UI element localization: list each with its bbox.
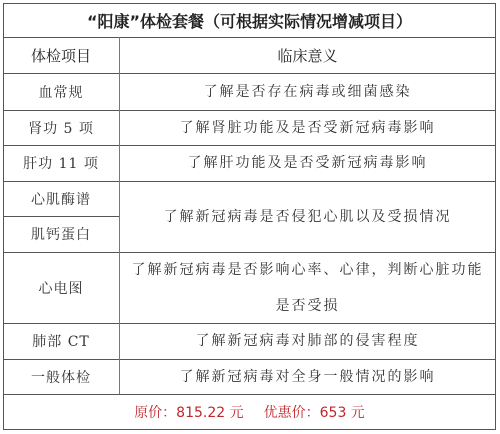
table-row-item: 肺部 CT (3, 323, 119, 359)
table-row-meaning: 了解是否存在病毒或细菌感染 (119, 73, 496, 110)
table-row-meaning: 了解肾脏功能及是否受新冠病毒影响 (119, 110, 496, 145)
original-price: 原价：815.22 元 (134, 402, 243, 422)
header-item: 体检项目 (3, 37, 119, 73)
table-row-meaning: 了解肝功能及是否受新冠病毒影响 (119, 145, 496, 181)
table-row-meaning: 了解新冠病毒对肺部的侵害程度 (119, 323, 496, 359)
table-row-meaning: 了解新冠病毒是否影响心率、心律，判断心脏功能是否受损 (119, 252, 496, 323)
table-row-item: 肾功 5 项 (3, 110, 119, 145)
table-row-meaning: 了解新冠病毒对全身一般情况的影响 (119, 359, 496, 394)
table-row-item: 心电图 (3, 252, 119, 323)
price-row: 原价：815.22 元 优惠价：653 元 (3, 394, 496, 430)
header-meaning: 临床意义 (119, 37, 496, 73)
table-title: “阳康”体检套餐（可根据实际情况增减项目） (3, 3, 496, 37)
table-row-item: 肝功 11 项 (3, 145, 119, 181)
table-row-item: 心肌酶谱 (3, 181, 119, 216)
table-row-item: 血常规 (3, 73, 119, 110)
table-row-item: 肌钙蛋白 (3, 216, 119, 252)
discount-price: 优惠价：653 元 (264, 402, 365, 422)
table-row-meaning: 了解新冠病毒是否侵犯心肌以及受损情况 (119, 181, 496, 252)
table-row-item: 一般体检 (3, 359, 119, 394)
